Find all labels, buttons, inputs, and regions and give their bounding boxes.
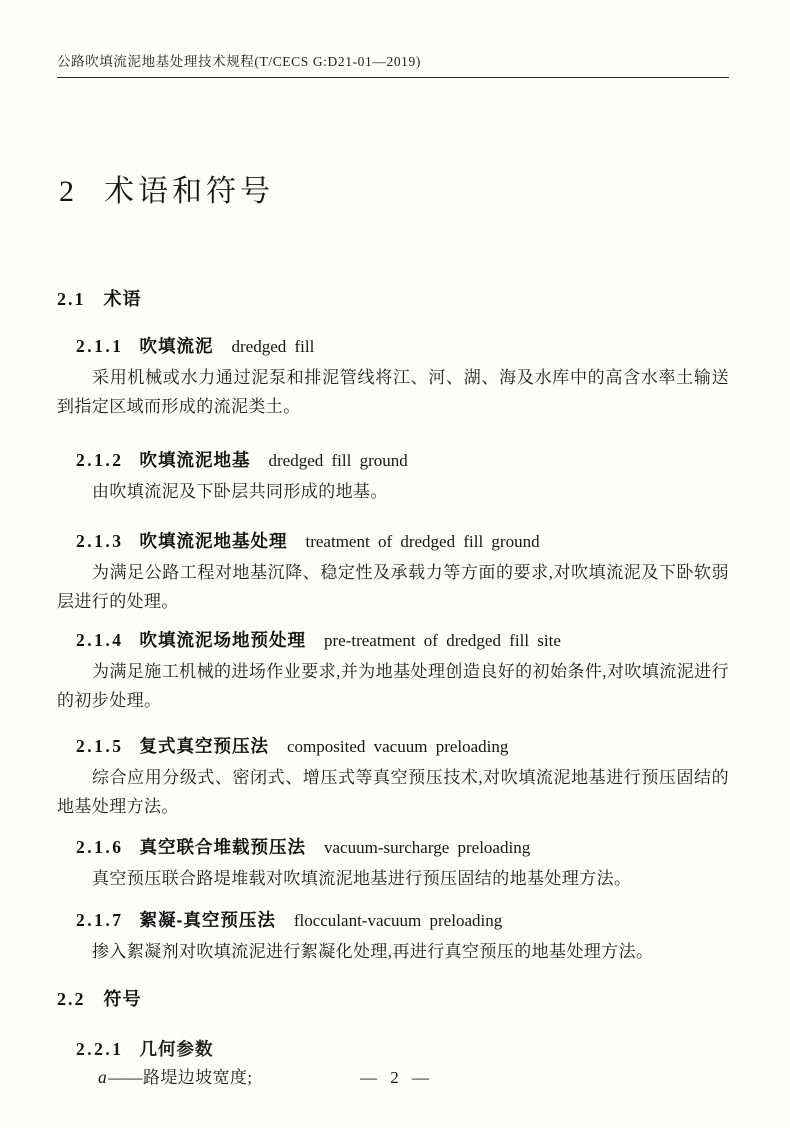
section-title: 术语 bbox=[104, 289, 142, 309]
section-heading-symbols: 2.2符号 bbox=[57, 989, 729, 1009]
section-heading-terms: 2.1术语 bbox=[57, 289, 729, 309]
term-definition: 采用机械或水力通过泥泵和排泥管线将江、河、湖、海及水库中的高含水率土输送到指定区… bbox=[57, 363, 729, 421]
running-header-text: 公路吹填流泥地基处理技术规程(T/CECS G:D21-01—2019) bbox=[57, 54, 421, 69]
term-number: 2.1.2 bbox=[76, 450, 124, 470]
term-heading: 2.1.6真空联合堆载预压法vacuum-surcharge preloadin… bbox=[57, 835, 729, 860]
term-zh: 吹填流泥 bbox=[140, 336, 214, 356]
term-entry: 2.1.6真空联合堆载预压法vacuum-surcharge preloadin… bbox=[57, 835, 729, 893]
term-en: composited vacuum preloading bbox=[287, 737, 508, 756]
term-heading: 2.1.3吹填流泥地基处理treatment of dredged fill g… bbox=[57, 529, 729, 554]
section-title: 符号 bbox=[104, 989, 142, 1009]
term-heading: 2.1.7絮凝-真空预压法flocculant-vacuum preloadin… bbox=[57, 908, 729, 933]
term-entry: 2.1.7絮凝-真空预压法flocculant-vacuum preloadin… bbox=[57, 908, 729, 966]
term-number: 2.1.1 bbox=[76, 336, 124, 356]
symbol-group-heading: 2.2.1几何参数 bbox=[57, 1037, 729, 1061]
term-heading: 2.1.4吹填流泥场地预处理pre-treatment of dredged f… bbox=[57, 628, 729, 653]
term-zh: 吹填流泥地基 bbox=[140, 450, 251, 470]
term-entry: 2.1.2吹填流泥地基dredged fill ground 由吹填流泥及下卧层… bbox=[57, 448, 729, 506]
term-en: vacuum-surcharge preloading bbox=[324, 838, 530, 857]
term-en: dredged fill bbox=[232, 337, 315, 356]
term-definition: 由吹填流泥及下卧层共同形成的地基。 bbox=[57, 477, 729, 506]
term-entry: 2.1.4吹填流泥场地预处理pre-treatment of dredged f… bbox=[57, 628, 729, 715]
term-entry: 2.1.3吹填流泥地基处理treatment of dredged fill g… bbox=[57, 529, 729, 616]
term-zh: 真空联合堆载预压法 bbox=[140, 837, 307, 857]
term-zh: 絮凝-真空预压法 bbox=[140, 910, 276, 930]
term-zh: 复式真空预压法 bbox=[140, 736, 270, 756]
section-number: 2.1 bbox=[57, 289, 86, 309]
chapter-number: 2 bbox=[59, 175, 74, 208]
document-page: 公路吹填流泥地基处理技术规程(T/CECS G:D21-01—2019) 2术语… bbox=[0, 0, 790, 1128]
term-entry: 2.1.1吹填流泥dredged fill 采用机械或水力通过泥泵和排泥管线将江… bbox=[57, 334, 729, 421]
term-number: 2.1.6 bbox=[76, 837, 124, 857]
chapter-title: 2术语和符号 bbox=[59, 173, 729, 211]
term-definition: 真空预压联合路堤堆载对吹填流泥地基进行预压固结的地基处理方法。 bbox=[57, 864, 729, 893]
term-definition: 为满足公路工程对地基沉降、稳定性及承载力等方面的要求,对吹填流泥及下卧软弱层进行… bbox=[57, 558, 729, 616]
term-number: 2.1.4 bbox=[76, 630, 124, 650]
term-definition: 为满足施工机械的进场作业要求,并为地基处理创造良好的初始条件,对吹填流泥进行的初… bbox=[57, 657, 729, 715]
chapter-title-text: 术语和符号 bbox=[104, 175, 274, 208]
term-number: 2.1.3 bbox=[76, 531, 124, 551]
clause-title: 几何参数 bbox=[140, 1039, 214, 1059]
running-header: 公路吹填流泥地基处理技术规程(T/CECS G:D21-01—2019) bbox=[57, 0, 729, 78]
term-en: pre-treatment of dredged fill site bbox=[324, 631, 561, 650]
term-number: 2.1.7 bbox=[76, 910, 124, 930]
term-definition: 掺入絮凝剂对吹填流泥进行絮凝化处理,再进行真空预压的地基处理方法。 bbox=[57, 937, 729, 966]
clause-number: 2.2.1 bbox=[76, 1039, 124, 1059]
page-number: — 2 — bbox=[0, 1068, 790, 1088]
term-heading: 2.1.5复式真空预压法composited vacuum preloading bbox=[57, 734, 729, 759]
term-heading: 2.1.2吹填流泥地基dredged fill ground bbox=[57, 448, 729, 473]
term-definition: 综合应用分级式、密闭式、增压式等真空预压技术,对吹填流泥地基进行预压固结的地基处… bbox=[57, 763, 729, 821]
term-en: flocculant-vacuum preloading bbox=[294, 911, 502, 930]
term-zh: 吹填流泥地基处理 bbox=[140, 531, 288, 551]
term-en: treatment of dredged fill ground bbox=[306, 532, 540, 551]
term-number: 2.1.5 bbox=[76, 736, 124, 756]
term-en: dredged fill ground bbox=[269, 451, 408, 470]
term-heading: 2.1.1吹填流泥dredged fill bbox=[57, 334, 729, 359]
term-zh: 吹填流泥场地预处理 bbox=[140, 630, 307, 650]
term-entry: 2.1.5复式真空预压法composited vacuum preloading… bbox=[57, 734, 729, 821]
section-number: 2.2 bbox=[57, 989, 86, 1009]
